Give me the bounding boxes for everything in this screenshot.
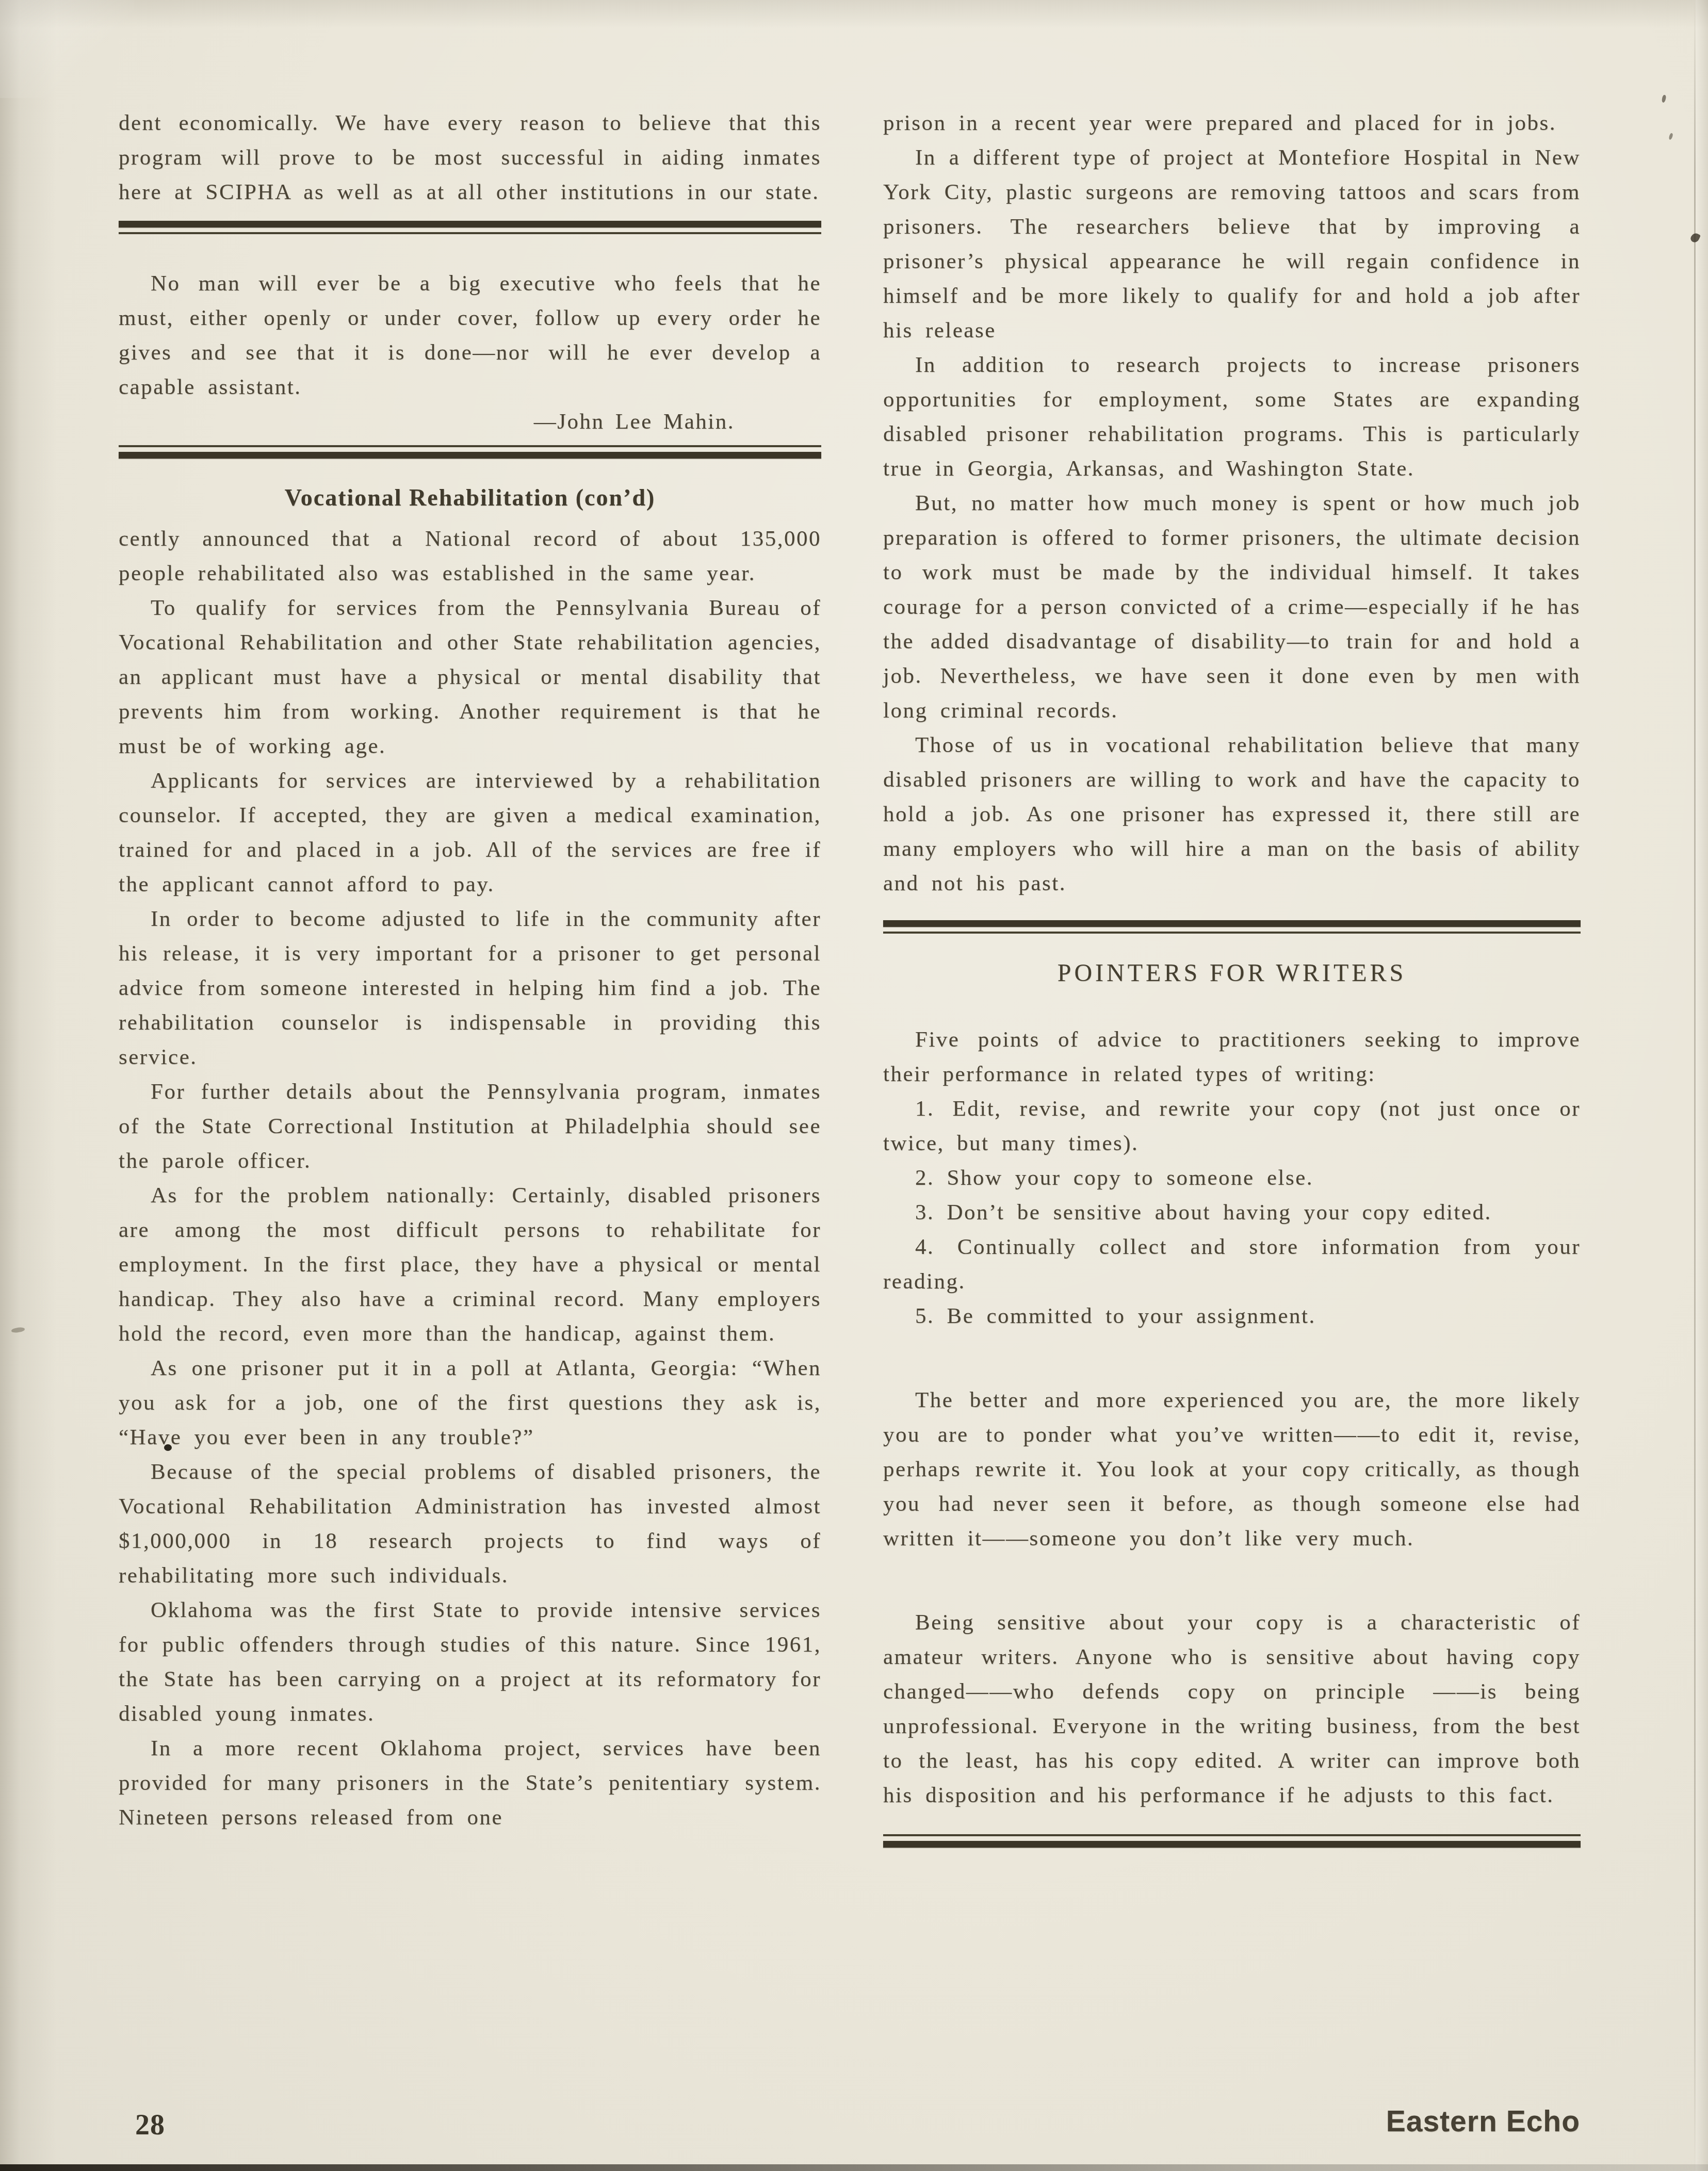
- divider-thin-rule: [119, 232, 821, 234]
- article-paragraph: In addition to research projects to incr…: [883, 348, 1581, 486]
- list-item: 3. Don’t be sensitive about having your …: [883, 1195, 1581, 1230]
- continuation-paragraph: dent economically. We have every reason …: [119, 106, 821, 209]
- article-paragraph: In order to become adjusted to life in t…: [119, 902, 821, 1074]
- article-paragraph: As for the problem nationally: Certainly…: [119, 1178, 821, 1351]
- list-item: 4. Continually collect and store informa…: [883, 1230, 1581, 1299]
- list-item: 2. Show your copy to someone else.: [883, 1161, 1581, 1195]
- scanned-newsletter-page: dent economically. We have every reason …: [0, 0, 1708, 2171]
- divider-thick-rule: [119, 452, 821, 459]
- section-heading-vocational-rehabilitation: Vocational Rehabilitation (con’d): [119, 482, 821, 513]
- article-paragraph: Because of the special problems of disab…: [119, 1455, 821, 1593]
- quote-attribution: —John Lee Mahin.: [119, 404, 821, 439]
- scan-edge-right: [1696, 0, 1708, 2171]
- section-divider: [883, 1834, 1581, 1848]
- article-paragraph: Oklahoma was the first State to provide …: [119, 1593, 821, 1731]
- divider-thick-rule: [883, 920, 1581, 927]
- list-item: 5. Be committed to your assignment.: [883, 1299, 1581, 1333]
- article-paragraph: To qualify for services from the Pennsyl…: [119, 591, 821, 763]
- continuation-paragraph: prison in a recent year were prepared an…: [883, 106, 1581, 140]
- quote-text: No man will ever be a big executive who …: [119, 266, 821, 404]
- ink-speck: [1668, 133, 1673, 140]
- ink-speck: [11, 1327, 25, 1333]
- section-divider: [119, 221, 821, 234]
- article-paragraph: In a different type of project at Montef…: [883, 140, 1581, 348]
- article-paragraph: Applicants for services are interviewed …: [119, 763, 821, 902]
- ink-speck: [1689, 232, 1701, 243]
- article-paragraph: Being sensitive about your copy is a cha…: [883, 1605, 1581, 1813]
- divider-thick-rule: [119, 221, 821, 227]
- section-heading-pointers-for-writers: POINTERS FOR WRITERS: [883, 957, 1581, 989]
- section-divider: [119, 445, 821, 459]
- article-paragraph: The better and more experienced you are,…: [883, 1383, 1581, 1556]
- scan-edge-top: [0, 0, 1708, 28]
- section-intro-paragraph: Five points of advice to practitioners s…: [883, 1022, 1581, 1091]
- scan-edge-bottom: [0, 2164, 1708, 2171]
- divider-thin-rule: [883, 932, 1581, 934]
- article-paragraph: For further details about the Pennsylvan…: [119, 1074, 821, 1178]
- divider-thick-rule: [883, 1841, 1581, 1848]
- article-paragraph: cently announced that a National record …: [119, 521, 821, 591]
- page-crease: [1694, 0, 1696, 2171]
- article-paragraph: In a more recent Oklahoma project, servi…: [119, 1731, 821, 1835]
- pull-quote: No man will ever be a big executive who …: [119, 266, 821, 439]
- page-number: 28: [135, 2109, 165, 2142]
- section-divider: [883, 920, 1581, 934]
- right-column: prison in a recent year were prepared an…: [883, 106, 1581, 1848]
- list-item: 1. Edit, revise, and rewrite your copy (…: [883, 1091, 1581, 1161]
- left-column: dent economically. We have every reason …: [119, 106, 821, 1835]
- publication-name: Eastern Echo: [1386, 2104, 1580, 2139]
- scan-edge-left: [0, 0, 57, 2171]
- article-paragraph: But, no matter how much money is spent o…: [883, 486, 1581, 728]
- ink-speck: [1662, 94, 1667, 103]
- scan-corner-highlight: [0, 0, 134, 98]
- article-paragraph: Those of us in vocational rehabilitation…: [883, 728, 1581, 901]
- divider-thin-rule: [119, 445, 821, 447]
- divider-thin-rule: [883, 1834, 1581, 1836]
- article-paragraph: As one prisoner put it in a poll at Atla…: [119, 1351, 821, 1455]
